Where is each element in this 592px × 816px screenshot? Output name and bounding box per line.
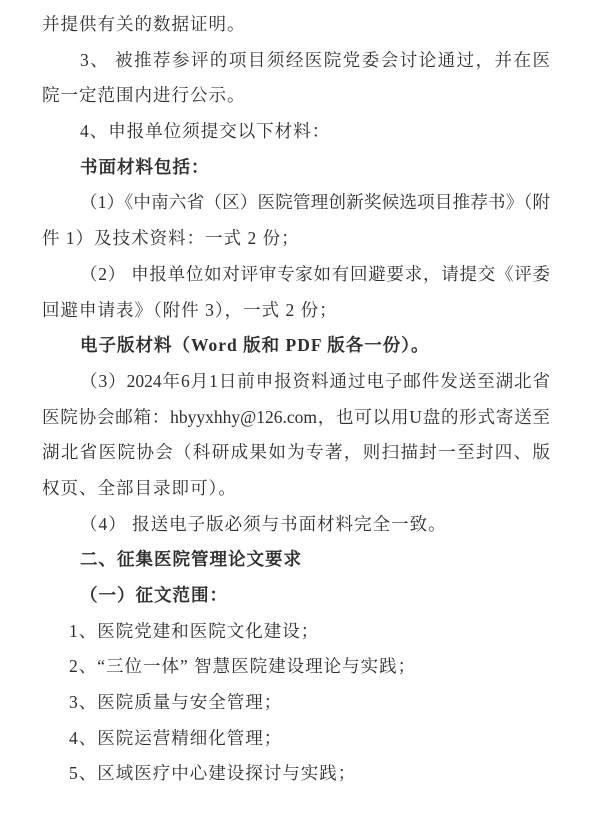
doc-list-topic-3: 3、医院质量与安全管理； [42, 685, 550, 721]
doc-line-sub3-line2-email: 医院协会邮箱：hbyyxhhy@126.com，也可以用U盘的形式寄送至 [42, 400, 550, 436]
doc-line-sub1-end: 件 1）及技术资料：一式 2 份； [42, 221, 550, 257]
doc-line-data-proof: 并提供有关的数据证明。 [42, 7, 550, 43]
doc-line-sub2-end: 回避申请表》（附件 3），一式 2 份； [42, 293, 550, 329]
doc-line-sub4: （4） 报送电子版必须与书面材料完全一致。 [42, 507, 550, 543]
doc-list-topic-5: 5、区域医疗中心建设探讨与实践； [42, 756, 550, 792]
doc-list-topic-1: 1、医院党建和医院文化建设； [42, 614, 550, 650]
doc-line-sub2-start: （2） 申报单位如对评审专家如有回避要求，请提交《评委 [42, 257, 550, 293]
doc-list-topic-4: 4、医院运营精细化管理； [42, 721, 550, 757]
doc-heading-written-materials: 书面材料包括： [42, 150, 550, 186]
doc-line-sub3-line1: （3）2024年6月1日前申报资料通过电子邮件发送至湖北省 [42, 364, 550, 400]
document-page: 并提供有关的数据证明。 3、 被推荐参评的项目须经医院党委会讨论通过，并在医 院… [0, 0, 592, 816]
doc-heading-electronic-materials: 电子版材料（Word 版和 PDF 版各一份）。 [42, 328, 550, 364]
doc-line-item3-start: 3、 被推荐参评的项目须经医院党委会讨论通过，并在医 [42, 43, 550, 79]
doc-list-topic-2: 2、“三位一体” 智慧医院建设理论与实践； [42, 649, 550, 685]
doc-heading-section2: 二、征集医院管理论文要求 [42, 542, 550, 578]
doc-line-sub3-end: 权页、全部目录即可）。 [42, 471, 550, 507]
doc-line-sub3-line3: 湖北省医院协会（科研成果如为专著，则扫描封一至封四、版 [42, 435, 550, 471]
doc-heading-scope: （一）征文范围： [42, 578, 550, 614]
doc-line-item3-end: 院一定范围内进行公示。 [42, 78, 550, 114]
doc-line-sub1-start: （1）《中南六省（区）医院管理创新奖候选项目推荐书》（附 [42, 185, 550, 221]
doc-line-item4: 4、申报单位须提交以下材料： [42, 114, 550, 150]
